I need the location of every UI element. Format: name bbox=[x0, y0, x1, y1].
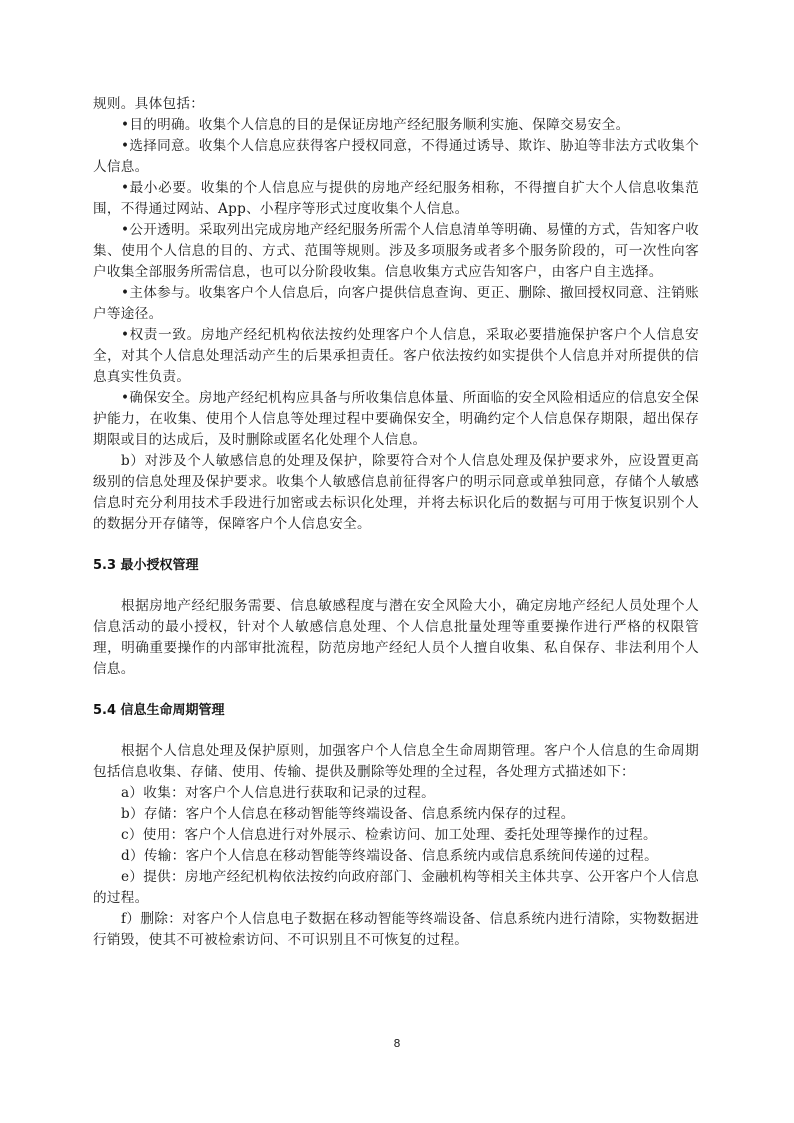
intro-text: 规则。具体包括： bbox=[93, 94, 699, 115]
principle-consent: •选择同意。收集个人信息应获得客户授权同意，不得通过诱导、欺诈、胁迫等非法方式收… bbox=[93, 136, 699, 178]
principle-purpose: •目的明确。收集个人信息的目的是保证房地产经纪服务顺利实施、保障交易安全。 bbox=[93, 115, 699, 136]
principle-security: •确保安全。房地产经纪机构应具备与所收集信息体量、所面临的安全风险相适应的信息安… bbox=[93, 388, 699, 451]
item-b-sensitive-info: b）对涉及个人敏感信息的处理及保护，除要符合对个人信息处理及保护要求外，应设置更… bbox=[93, 451, 699, 535]
lifecycle-item-collect: a）收集：对客户个人信息进行获取和记录的过程。 bbox=[93, 783, 699, 804]
section-5-4-body: 根据个人信息处理及保护原则，加强客户个人信息全生命周期管理。客户个人信息的生命周… bbox=[93, 741, 699, 783]
principle-accountability: •权责一致。房地产经纪机构依法按约处理客户个人信息，采取必要措施保护客户个人信息… bbox=[93, 325, 699, 388]
principle-participation: •主体参与。收集客户个人信息后，向客户提供信息查询、更正、删除、撤回授权同意、注… bbox=[93, 283, 699, 325]
lifecycle-item-provide: e）提供：房地产经纪机构依法按约向政府部门、金融机构等相关主体共享、公开客户个人… bbox=[93, 867, 699, 909]
section-5-3-heading: 5.3 最小授权管理 bbox=[93, 555, 699, 576]
principle-minimum: •最小必要。收集的个人信息应与提供的房地产经纪服务相称，不得擅自扩大个人信息收集… bbox=[93, 178, 699, 220]
lifecycle-item-use: c）使用：客户个人信息进行对外展示、检索访问、加工处理、委托处理等操作的过程。 bbox=[93, 825, 699, 846]
document-page: 规则。具体包括： •目的明确。收集个人信息的目的是保证房地产经纪服务顺利实施、保… bbox=[93, 94, 699, 951]
lifecycle-item-delete: f）删除：对客户个人信息电子数据在移动智能等终端设备、信息系统内进行清除，实物数… bbox=[93, 909, 699, 951]
page-number: 8 bbox=[0, 1037, 794, 1050]
section-5-3-body: 根据房地产经纪服务需要、信息敏感程度与潜在安全风险大小，确定房地产经纪人员处理个… bbox=[93, 596, 699, 680]
lifecycle-item-transmit: d）传输：客户个人信息在移动智能等终端设备、信息系统内或信息系统间传递的过程。 bbox=[93, 846, 699, 867]
principle-transparency: •公开透明。采取列出完成房地产经纪服务所需个人信息清单等明确、易懂的方式，告知客… bbox=[93, 220, 699, 283]
section-5-4-heading: 5.4 信息生命周期管理 bbox=[93, 700, 699, 721]
lifecycle-item-store: b）存储：客户个人信息在移动智能等终端设备、信息系统内保存的过程。 bbox=[93, 804, 699, 825]
